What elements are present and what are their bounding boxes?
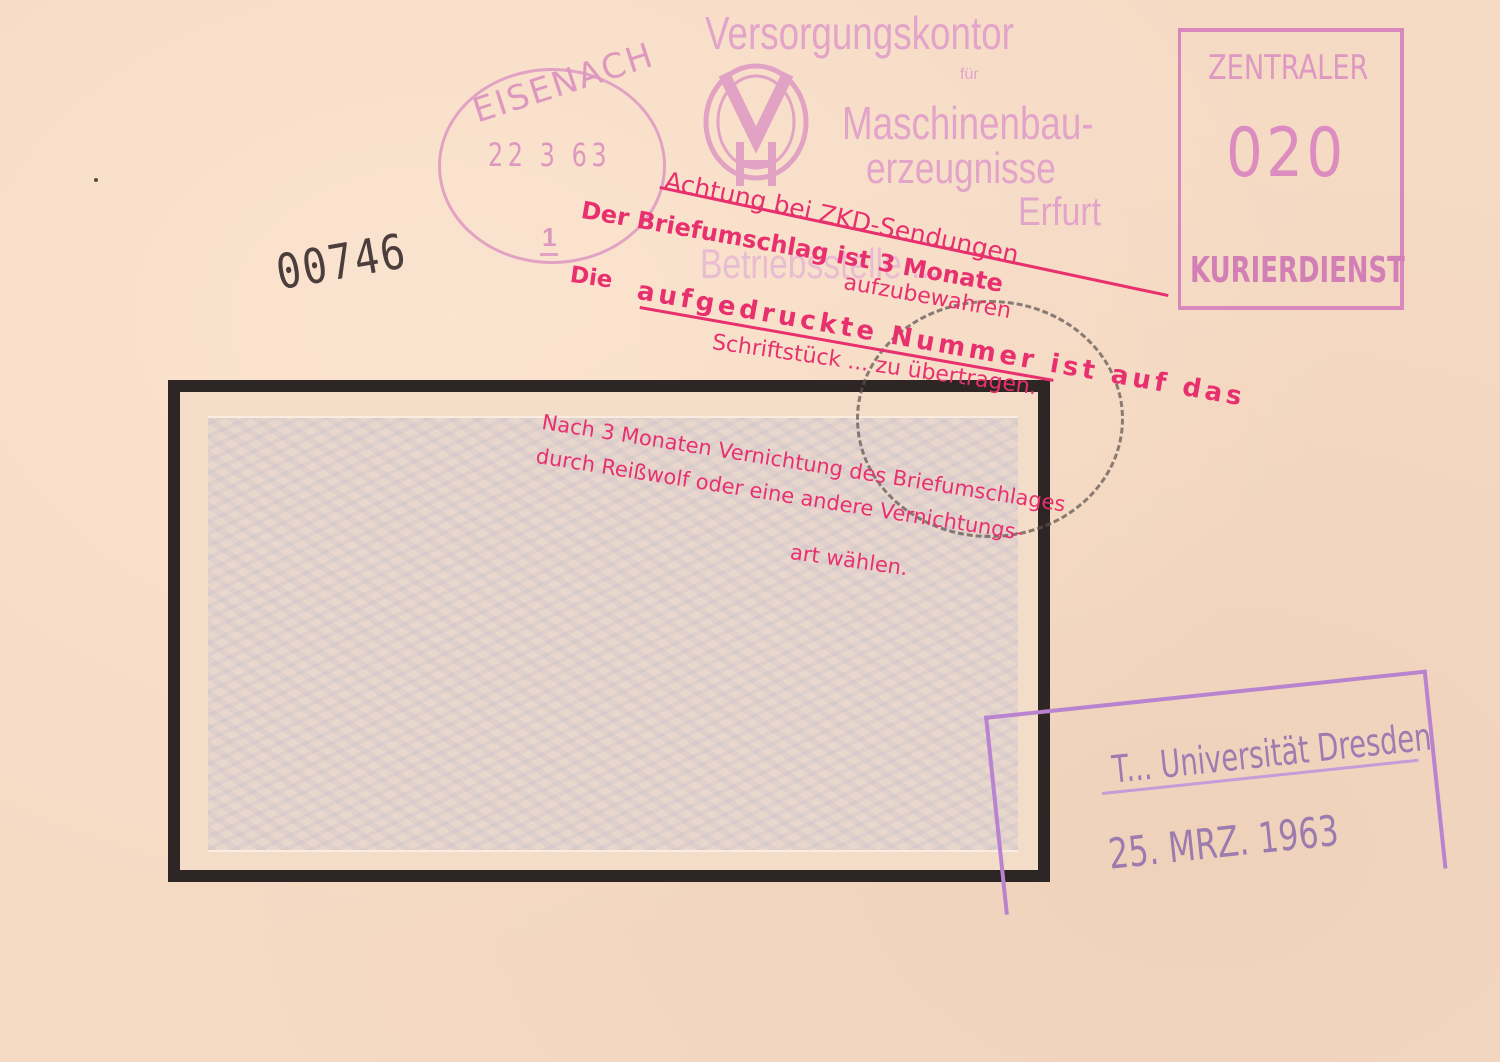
sender-line-5: Erfurt bbox=[1018, 190, 1101, 235]
sender-line-1: Versorgungskontor bbox=[705, 6, 1014, 60]
value-box-amount: 020 bbox=[1226, 114, 1347, 193]
sender-line-3: Maschinenbau- bbox=[842, 96, 1094, 150]
postmark-office-number: 1 bbox=[540, 222, 558, 256]
value-box-bottom: KURIERDIENST bbox=[1190, 250, 1405, 291]
ink-dot bbox=[94, 178, 98, 182]
sender-line-2: für bbox=[960, 66, 979, 84]
sender-line-4: erzeugnisse bbox=[866, 144, 1056, 194]
receipt-stamp-frame bbox=[984, 669, 1447, 914]
envelope: EISENACH 22 3 63 1 Versorgungskontor für… bbox=[0, 0, 1500, 1062]
handwritten-number: 00746 bbox=[272, 223, 411, 301]
zkd-line-3-prefix: Die bbox=[568, 262, 614, 294]
vmh-logo-icon bbox=[700, 62, 812, 192]
value-box-top: ZENTRALER bbox=[1208, 48, 1368, 88]
postmark-date: 22 3 63 bbox=[488, 136, 611, 174]
